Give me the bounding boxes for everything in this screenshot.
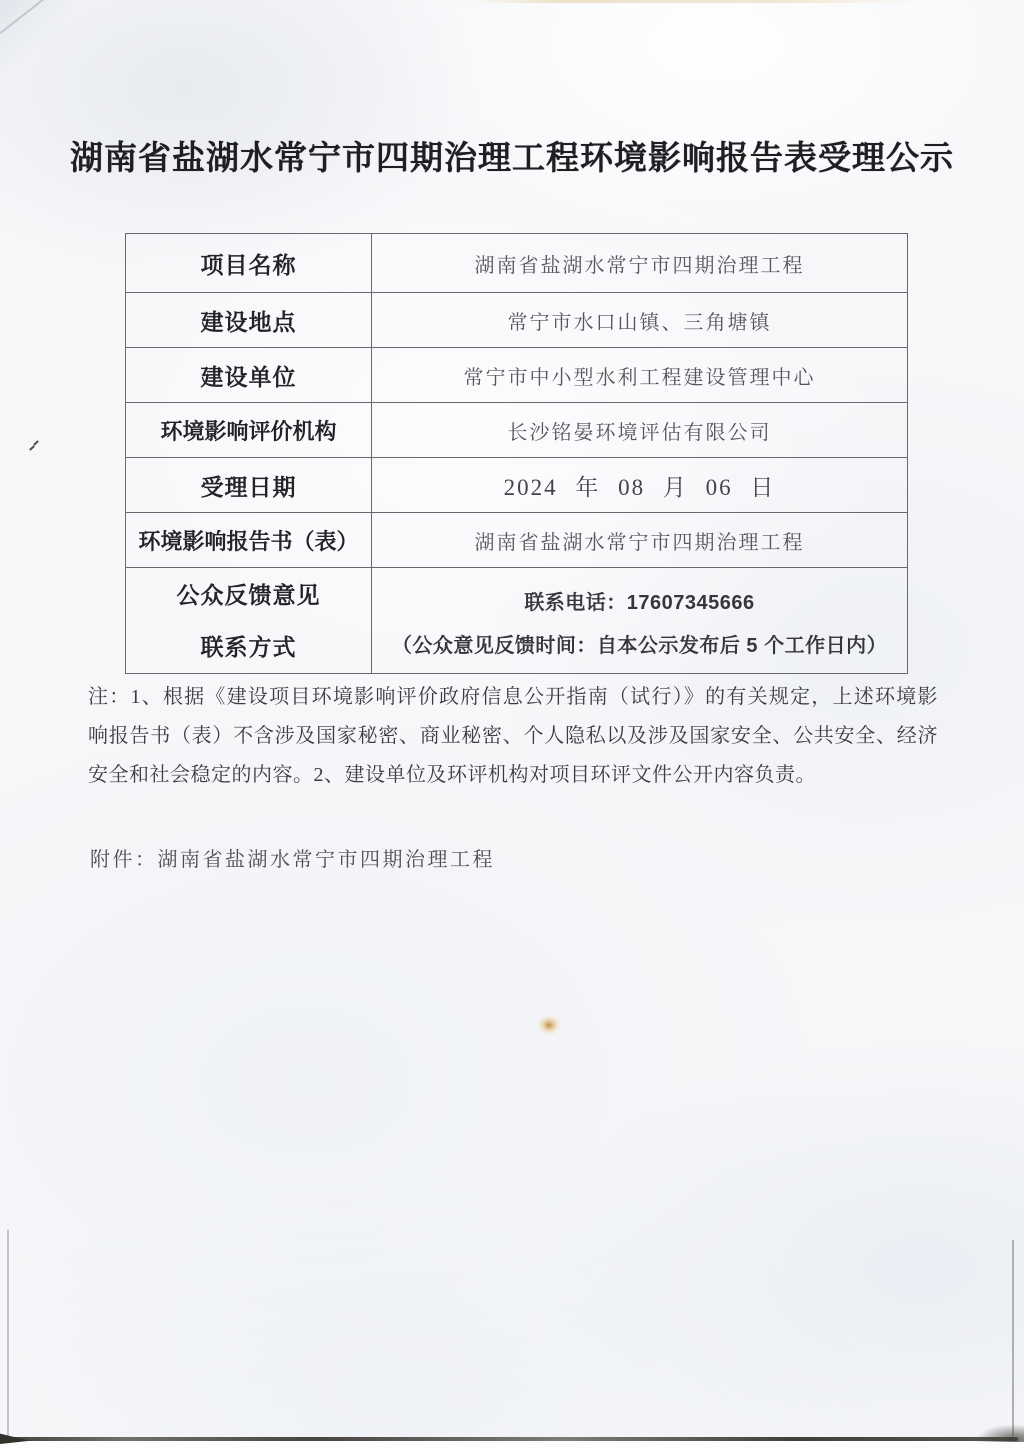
table-row: 建设单位 常宁市中小型水利工程建设管理中心	[126, 348, 908, 403]
table-row: 环境影响评价机构 长沙铭晏环境评估有限公司	[126, 403, 908, 458]
table-row: 建设地点 常宁市水口山镇、三角塘镇	[126, 293, 908, 348]
page-title: 湖南省盐湖水常宁市四期治理工程环境影响报告表受理公示	[60, 132, 964, 179]
row-label: 受理日期	[201, 474, 297, 500]
row-label: 建设地点	[201, 309, 297, 335]
note-line-3: 安全和社会稳定的内容。2、建设单位及环评机构对项目环评文件公开内容负责。	[88, 759, 938, 798]
pen-mark-artifact	[28, 440, 42, 452]
table-row: 环境影响报告书（表） 湖南省盐湖水常宁市四期治理工程	[126, 513, 908, 568]
row-label-line-2: 联系方式	[126, 621, 371, 673]
row-value: 长沙铭晏环境评估有限公司	[508, 422, 772, 444]
scanner-background	[0, 1441, 1024, 1448]
scanned-notice-page: 湖南省盐湖水常宁市四期治理工程环境影响报告表受理公示 项目名称 湖南省盐湖水常宁…	[0, 0, 1024, 1448]
row-value: 常宁市水口山镇、三角塘镇	[508, 312, 772, 334]
contact-phone-value: 联系电话：17607345666	[372, 586, 907, 615]
table-row: 项目名称 湖南省盐湖水常宁市四期治理工程	[126, 234, 908, 293]
row-label-line-1: 公众反馈意见	[126, 569, 371, 621]
notice-table: 项目名称 湖南省盐湖水常宁市四期治理工程 建设地点 常宁市水口山镇、三角塘镇 建…	[125, 233, 908, 674]
note-paragraph: 注：1、根据《建设项目环境影响评价政府信息公开指南（试行）》的有关规定，上述环境…	[88, 681, 938, 798]
table-row: 受理日期 2024 年 08 月 06 日	[126, 458, 908, 513]
row-value: 湖南省盐湖水常宁市四期治理工程	[475, 532, 805, 554]
scan-top-edge-tint	[470, 0, 920, 3]
row-value: 湖南省盐湖水常宁市四期治理工程	[475, 255, 805, 277]
paper-bottom-edge	[6, 1437, 1018, 1441]
row-label: 建设单位	[201, 364, 297, 390]
note-line-1: 注：1、根据《建设项目环境影响评价政府信息公开指南（试行）》的有关规定，上述环境…	[88, 681, 938, 720]
paper-right-edge	[1012, 1240, 1014, 1436]
attachment-line: 附件：湖南省盐湖水常宁市四期治理工程	[90, 843, 495, 872]
acceptance-date-value: 2024 年 08 月 06 日	[504, 475, 776, 500]
paper-left-edge	[7, 1230, 9, 1438]
row-label: 环境影响评价机构	[160, 419, 336, 444]
row-value: 常宁市中小型水利工程建设管理中心	[464, 367, 816, 389]
feedback-period-value: （公众意见反馈时间：自本公示发布后 5 个工作日内）	[372, 629, 907, 658]
bottom-right-corner-shadow	[975, 1424, 1024, 1442]
table-row: 公众反馈意见 联系方式 联系电话：17607345666 （公众意见反馈时间：自…	[126, 568, 908, 674]
row-label: 环境影响报告书（表）	[138, 529, 358, 554]
stain-dot-artifact	[536, 1014, 562, 1036]
row-label: 项目名称	[201, 252, 297, 278]
note-line-2: 响报告书（表）不含涉及国家秘密、商业秘密、个人隐私以及涉及国家安全、公共安全、经…	[88, 720, 938, 759]
